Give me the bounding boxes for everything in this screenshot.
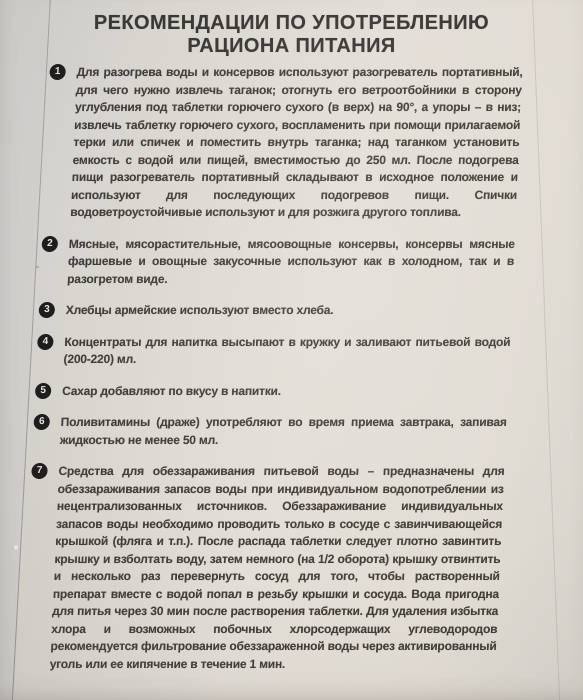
recommendation-item-4: 4 Концентраты для напитка высыпают в кру… <box>63 334 511 369</box>
item-number-badge: 6 <box>33 414 50 430</box>
recommendation-list: 1 Для разогрева воды и консервов использ… <box>49 64 523 687</box>
paper-edge-line-right <box>532 0 560 700</box>
page-edge-shadow-left <box>0 0 60 700</box>
page-title-line-2: РАЦИОНА ПИТАНИЯ <box>187 35 395 57</box>
document-photo: РЕКОМЕНДАЦИИ ПО УПОТРЕБЛЕНИЮ РАЦИОНА ПИТ… <box>0 0 583 700</box>
item-number-badge: 4 <box>37 334 54 350</box>
page-title-line-1: РЕКОМЕНДАЦИИ ПО УПОТРЕБЛЕНИЮ <box>94 12 489 34</box>
item-text: Сахар добавляют по вкусу в напитки. <box>62 383 509 401</box>
item-number-badge: 7 <box>31 463 48 479</box>
recommendation-item-2: 2 Мясные, мясорастительные, мясоовощные … <box>67 236 515 289</box>
item-text: Хлебцы армейские используют вместо хлеба… <box>65 302 512 320</box>
item-text: Концентраты для напитка высыпают в кружк… <box>63 334 511 369</box>
page-title: РЕКОМЕНДАЦИИ ПО УПОТРЕБЛЕНИЮ РАЦИОНА ПИТ… <box>0 12 583 58</box>
item-text: Для разогрева воды и консервов использую… <box>70 64 523 222</box>
item-text: Мясные, мясорастительные, мясоовощные ко… <box>67 236 515 289</box>
recommendation-item-3: 3 Хлебцы армейские используют вместо хле… <box>65 302 512 320</box>
item-number-badge: 3 <box>38 302 55 318</box>
item-number-badge: 5 <box>35 383 52 399</box>
recommendation-item-5: 5 Сахар добавляют по вкусу в напитки. <box>62 383 509 401</box>
dust-speck <box>36 266 39 268</box>
recommendation-item-7: 7 Средства для обеззараживания питьевой … <box>49 463 505 673</box>
item-text: Поливитамины (драже) употребляют во врем… <box>60 414 508 449</box>
recommendation-item-1: 1 Для разогрева воды и консервов использ… <box>70 64 523 222</box>
item-text: Средства для обеззараживания питьевой во… <box>49 463 505 673</box>
item-number-badge: 2 <box>41 236 58 252</box>
recommendation-item-6: 6 Поливитамины (драже) употребляют во вр… <box>60 414 508 449</box>
item-number-badge: 1 <box>49 64 66 80</box>
